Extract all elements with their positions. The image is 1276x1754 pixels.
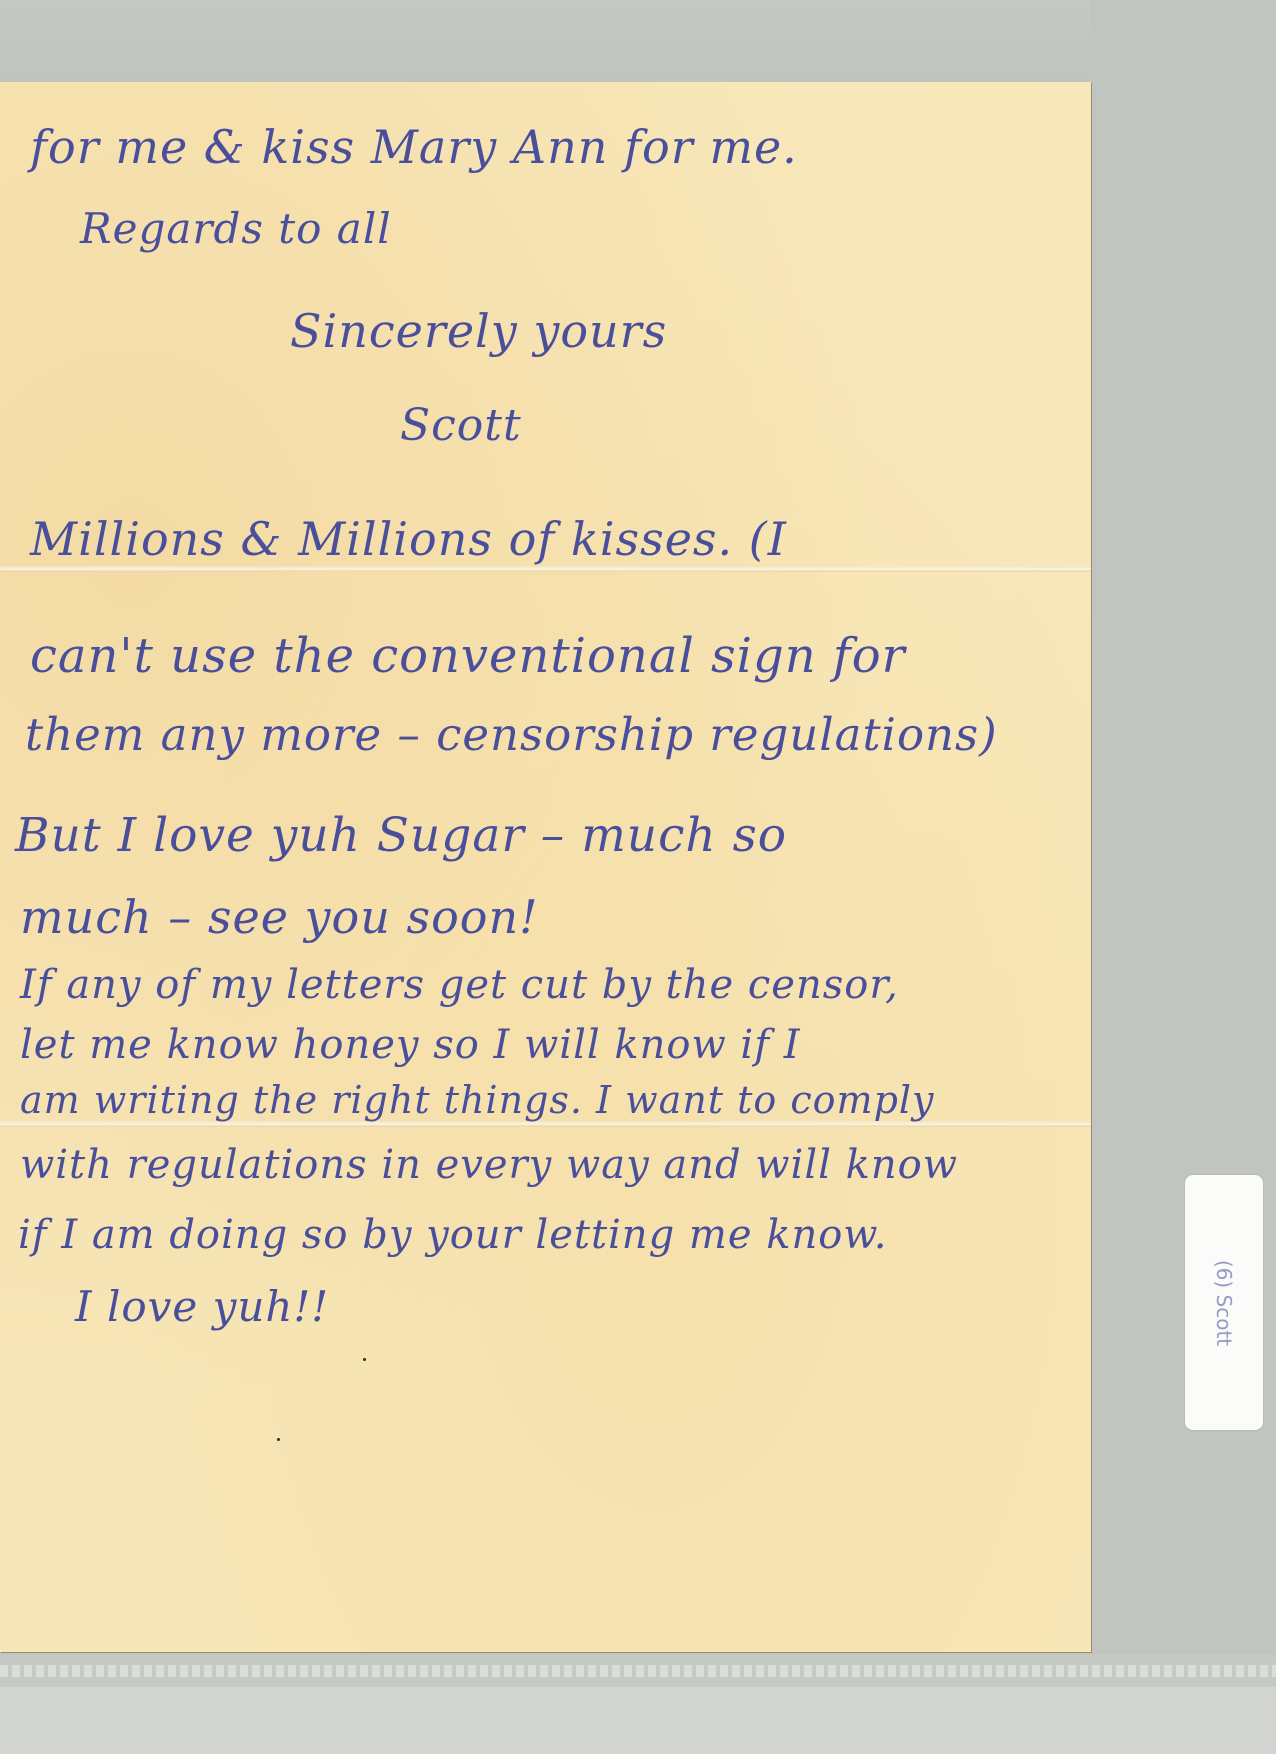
postscript-line-1: Millions & Millions of kisses. (I [30,512,787,566]
letter-closing: Sincerely yours [290,304,667,358]
letter-page: for me & kiss Mary Ann for me. Regards t… [0,82,1091,1652]
postscript-line-7: let me know honey so I will know if I [20,1022,801,1068]
sleeve-top-margin [0,0,1276,84]
postscript-line-2: can't use the conventional sign for [30,628,906,684]
binder-perforations [0,1665,1276,1677]
archive-label-tag: (6) Scott [1185,1175,1263,1430]
ink-speck [277,1438,280,1441]
sleeve-bottom-margin [0,1687,1276,1754]
archive-label-text: (6) Scott [1212,1259,1236,1345]
postscript-line-3: them any more – censorship regulations) [25,708,998,761]
letter-line-1: for me & kiss Mary Ann for me. [30,120,798,174]
postscript-line-5: much – see you soon! [20,890,539,944]
postscript-line-9: with regulations in every way and will k… [20,1142,958,1188]
letter-signature: Scott [400,400,522,451]
letter-line-2: Regards to all [80,204,392,253]
postscript-line-10: if I am doing so by your letting me know… [18,1212,888,1258]
fold-crease-upper [0,566,1091,572]
sleeve-binder-strip [0,1655,1276,1689]
postscript-line-11: I love yuh!! [75,1282,329,1331]
postscript-line-8: am writing the right things. I want to c… [20,1078,935,1122]
postscript-line-6: If any of my letters get cut by the cens… [20,962,899,1008]
postscript-line-4: But I love yuh Sugar – much so [15,808,787,863]
ink-speck [363,1358,366,1361]
